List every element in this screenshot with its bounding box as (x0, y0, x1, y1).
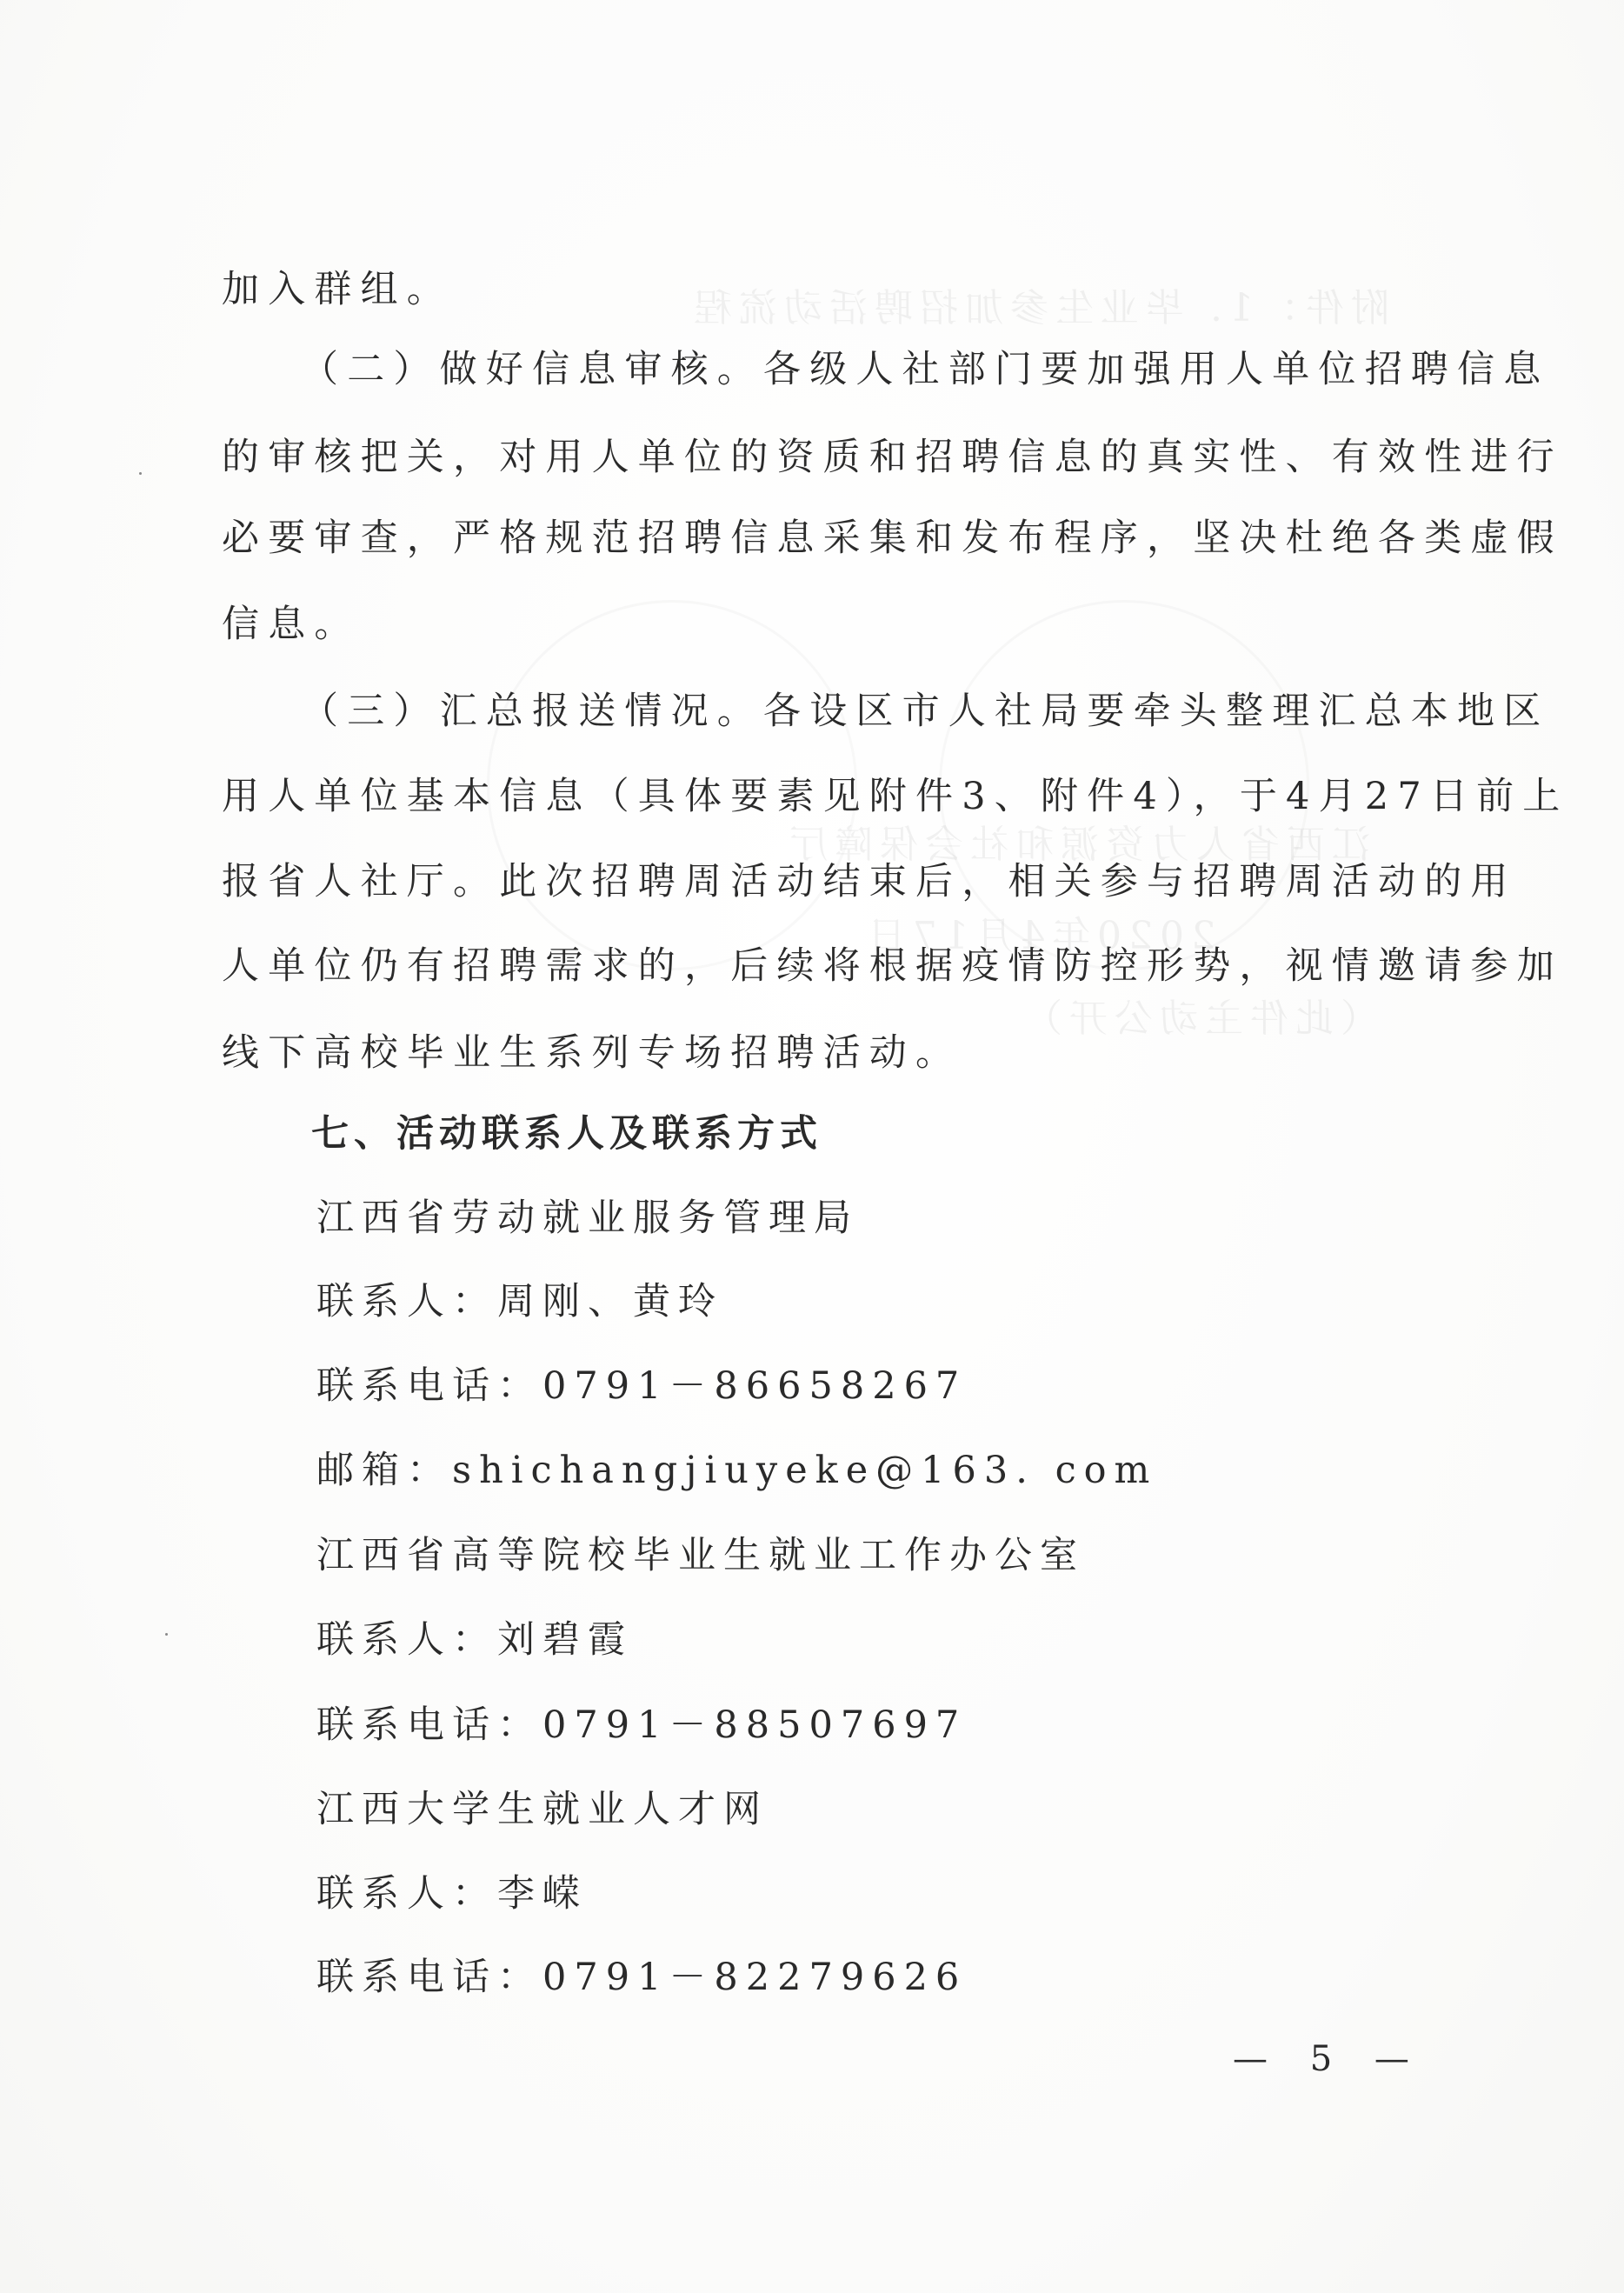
page-number: — 5 — (1233, 2039, 1425, 2079)
contact-phone: 联系电话：0791－82279626 (316, 1959, 967, 1996)
paragraph-line: 报省人社厅。此次招聘周活动结束后，相关参与招聘周活动的用 (222, 863, 1517, 901)
paragraph-line: 用人单位基本信息（具体要素见附件3、附件4），于4月27日前上 (222, 778, 1569, 816)
paragraph-line: 人单位仍有招聘需求的，后续将根据疫情防控形势，视情邀请参加 (222, 948, 1563, 985)
paragraph-line: 的审核把关，对用人单位的资质和招聘信息的真实性、有效性进行 (222, 439, 1563, 477)
contact-person: 联系人：刘碧霞 (316, 1622, 633, 1659)
paragraph-line: （三）汇总报送情况。各设区市人社局要牵头整理汇总本地区 (301, 693, 1549, 730)
contact-phone: 联系电话：0791－88507697 (316, 1707, 967, 1744)
document-page: 附件：1. 毕业生参加招聘活动流程 江西省人力资源和社会保障厅 2020年4月1… (0, 0, 1624, 2293)
scan-speck (139, 472, 142, 475)
paragraph-line: 线下高校毕业生系列专场招聘活动。 (222, 1035, 962, 1072)
contact-organization: 江西省高等院校毕业生就业工作办公室 (316, 1537, 1085, 1575)
paragraph-line: 信息。 (222, 606, 361, 643)
contact-organization: 江西省劳动就业服务管理局 (316, 1200, 859, 1237)
contact-organization: 江西大学生就业人才网 (316, 1791, 769, 1829)
show-through-text: 附件：1. 毕业生参加招聘活动流程 (687, 277, 1389, 332)
contact-person: 联系人：李嵘 (316, 1876, 588, 1913)
paragraph-line: 必要审查，严格规范招聘信息采集和发布程序，坚决杜绝各类虚假 (222, 520, 1563, 557)
paragraph-line: 加入群组。 (222, 271, 453, 309)
scan-speck (165, 1633, 168, 1636)
contact-phone: 联系电话：0791－86658267 (316, 1368, 967, 1405)
show-through-text: （此件主动公开） (1017, 987, 1379, 1043)
contact-person: 联系人：周刚、黄玲 (316, 1283, 723, 1321)
paragraph-line: （二）做好信息审核。各级人社部门要加强用人单位招聘信息 (301, 351, 1549, 389)
section-heading: 七、活动联系人及联系方式 (311, 1116, 822, 1153)
contact-email[interactable]: 邮箱：shichangjiuyeke@163. com (316, 1452, 1157, 1490)
